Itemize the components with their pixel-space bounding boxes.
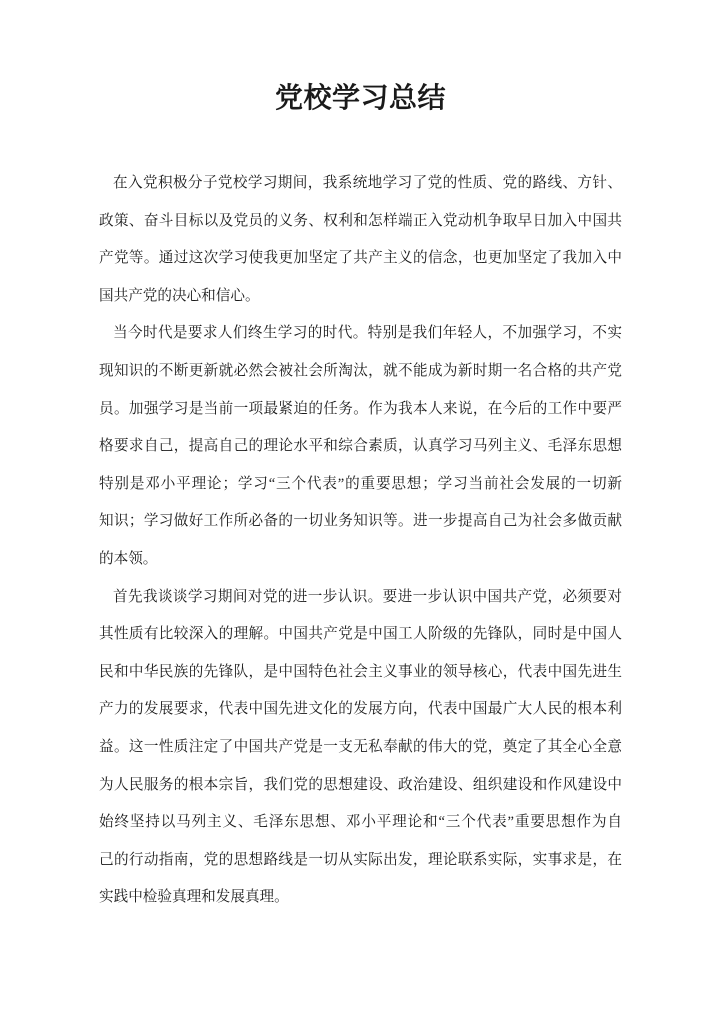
text-line: 实践中检验真理和发展真理。 — [99, 879, 622, 917]
text-line: 其性质有比较深入的理解。中国共产党是中国工人阶级的先锋队，同时是中国人 — [99, 616, 622, 654]
text-line: 益。这一性质注定了中国共产党是一支无私奉献的伟大的党，奠定了其全心全意 — [99, 729, 622, 767]
text-line: 己的行动指南，党的思想路线是一切从实际出发，理论联系实际，实事求是，在 — [99, 842, 622, 880]
text-line: 的本领。 — [99, 541, 622, 579]
text-line: 国共产党的决心和信心。 — [99, 278, 622, 316]
text-line: 始终坚持以马列主义、毛泽东思想、邓小平理论和“三个代表”重要思想作为自 — [99, 804, 622, 842]
text-line: 为人民服务的根本宗旨，我们党的思想建设、政治建设、组织建设和作风建设中 — [99, 767, 622, 805]
text-line: 现知识的不断更新就必然会被社会所淘汰，就不能成为新时期一名合格的共产党 — [99, 353, 622, 391]
paragraph: 在入党积极分子党校学习期间，我系统地学习了党的性质、党的路线、方针、政策、奋斗目… — [99, 165, 622, 315]
document-page: 党校学习总结 在入党积极分子党校学习期间，我系统地学习了党的性质、党的路线、方针… — [0, 0, 721, 1020]
text-line: 产党等。通过这次学习使我更加坚定了共产主义的信念，也更加坚定了我加入中 — [99, 240, 622, 278]
paragraph: 当今时代是要求人们终生学习的时代。特别是我们年轻人，不加强学习，不实现知识的不断… — [99, 315, 622, 578]
text-line: 格要求自己，提高自己的理论水平和综合素质，认真学习马列主义、毛泽东思想 — [99, 428, 622, 466]
text-line: 政策、奋斗目标以及党员的义务、权利和怎样端正入党动机争取早日加入中国共 — [99, 203, 622, 241]
text-line: 特别是邓小平理论；学习“三个代表”的重要思想；学习当前社会发展的一切新 — [99, 466, 622, 504]
text-line: 民和中华民族的先锋队，是中国特色社会主义事业的领导核心，代表中国先进生 — [99, 654, 622, 692]
text-line: 员。加强学习是当前一项最紧迫的任务。作为我本人来说，在今后的工作中要严 — [99, 391, 622, 429]
paragraph: 首先我谈谈学习期间对党的进一步认识。要进一步认识中国共产党，必须要对其性质有比较… — [99, 579, 622, 917]
document-title: 党校学习总结 — [0, 82, 721, 116]
text-line: 产力的发展要求，代表中国先进文化的发展方向，代表中国最广大人民的根本利 — [99, 691, 622, 729]
text-line: 在入党积极分子党校学习期间，我系统地学习了党的性质、党的路线、方针、 — [99, 165, 622, 203]
document-body: 在入党积极分子党校学习期间，我系统地学习了党的性质、党的路线、方针、政策、奋斗目… — [99, 165, 622, 917]
text-line: 当今时代是要求人们终生学习的时代。特别是我们年轻人，不加强学习，不实 — [99, 315, 622, 353]
text-line: 知识；学习做好工作所必备的一切业务知识等。进一步提高自己为社会多做贡献 — [99, 503, 622, 541]
text-line: 首先我谈谈学习期间对党的进一步认识。要进一步认识中国共产党，必须要对 — [99, 579, 622, 617]
